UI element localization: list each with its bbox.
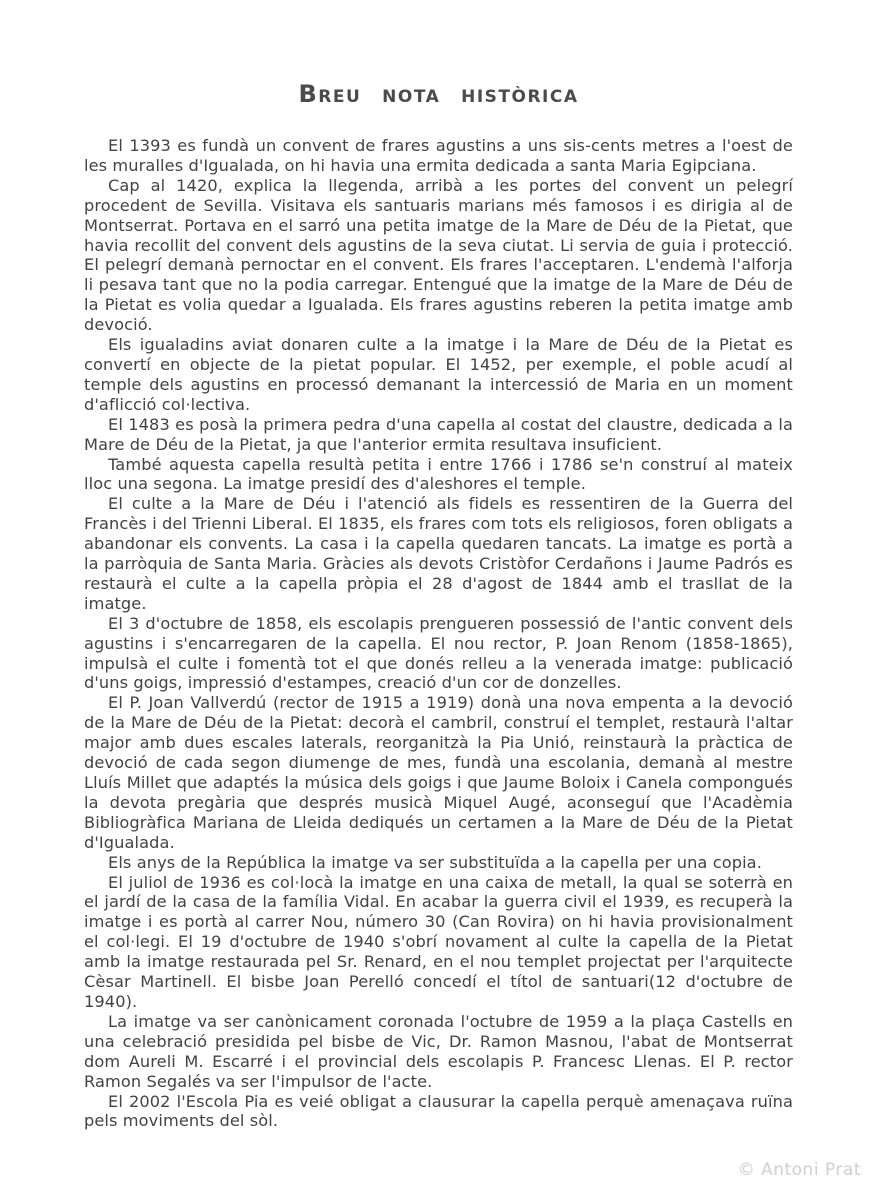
paragraph: El 1393 es fundà un convent de frares ag…: [84, 136, 793, 176]
paragraph: El 2002 l'Escola Pia es veié obligat a c…: [84, 1092, 793, 1132]
paragraph: Cap al 1420, explica la llegenda, arribà…: [84, 176, 793, 335]
copyright-watermark: © Antoni Prat: [738, 1160, 861, 1180]
document-body: El 1393 es fundà un convent de frares ag…: [0, 136, 877, 1131]
paragraph: El P. Joan Vallverdú (rector de 1915 a 1…: [84, 693, 793, 852]
paragraph: També aquesta capella resultà petita i e…: [84, 455, 793, 495]
paragraph: El 3 d'octubre de 1858, els escolapis pr…: [84, 614, 793, 694]
paragraph: El juliol de 1936 es col·locà la imatge …: [84, 873, 793, 1012]
paragraph: Els anys de la República la imatge va se…: [84, 853, 793, 873]
paragraph: La imatge va ser canònicament coronada l…: [84, 1012, 793, 1092]
paragraph: El 1483 es posà la primera pedra d'una c…: [84, 415, 793, 455]
paragraph: El culte a la Mare de Déu i l'atenció al…: [84, 494, 793, 613]
paragraph: Els igualadins aviat donaren culte a la …: [84, 335, 793, 415]
document-page: Breu nota històrica El 1393 es fundà un …: [0, 0, 877, 1200]
page-title: Breu nota històrica: [0, 0, 877, 108]
